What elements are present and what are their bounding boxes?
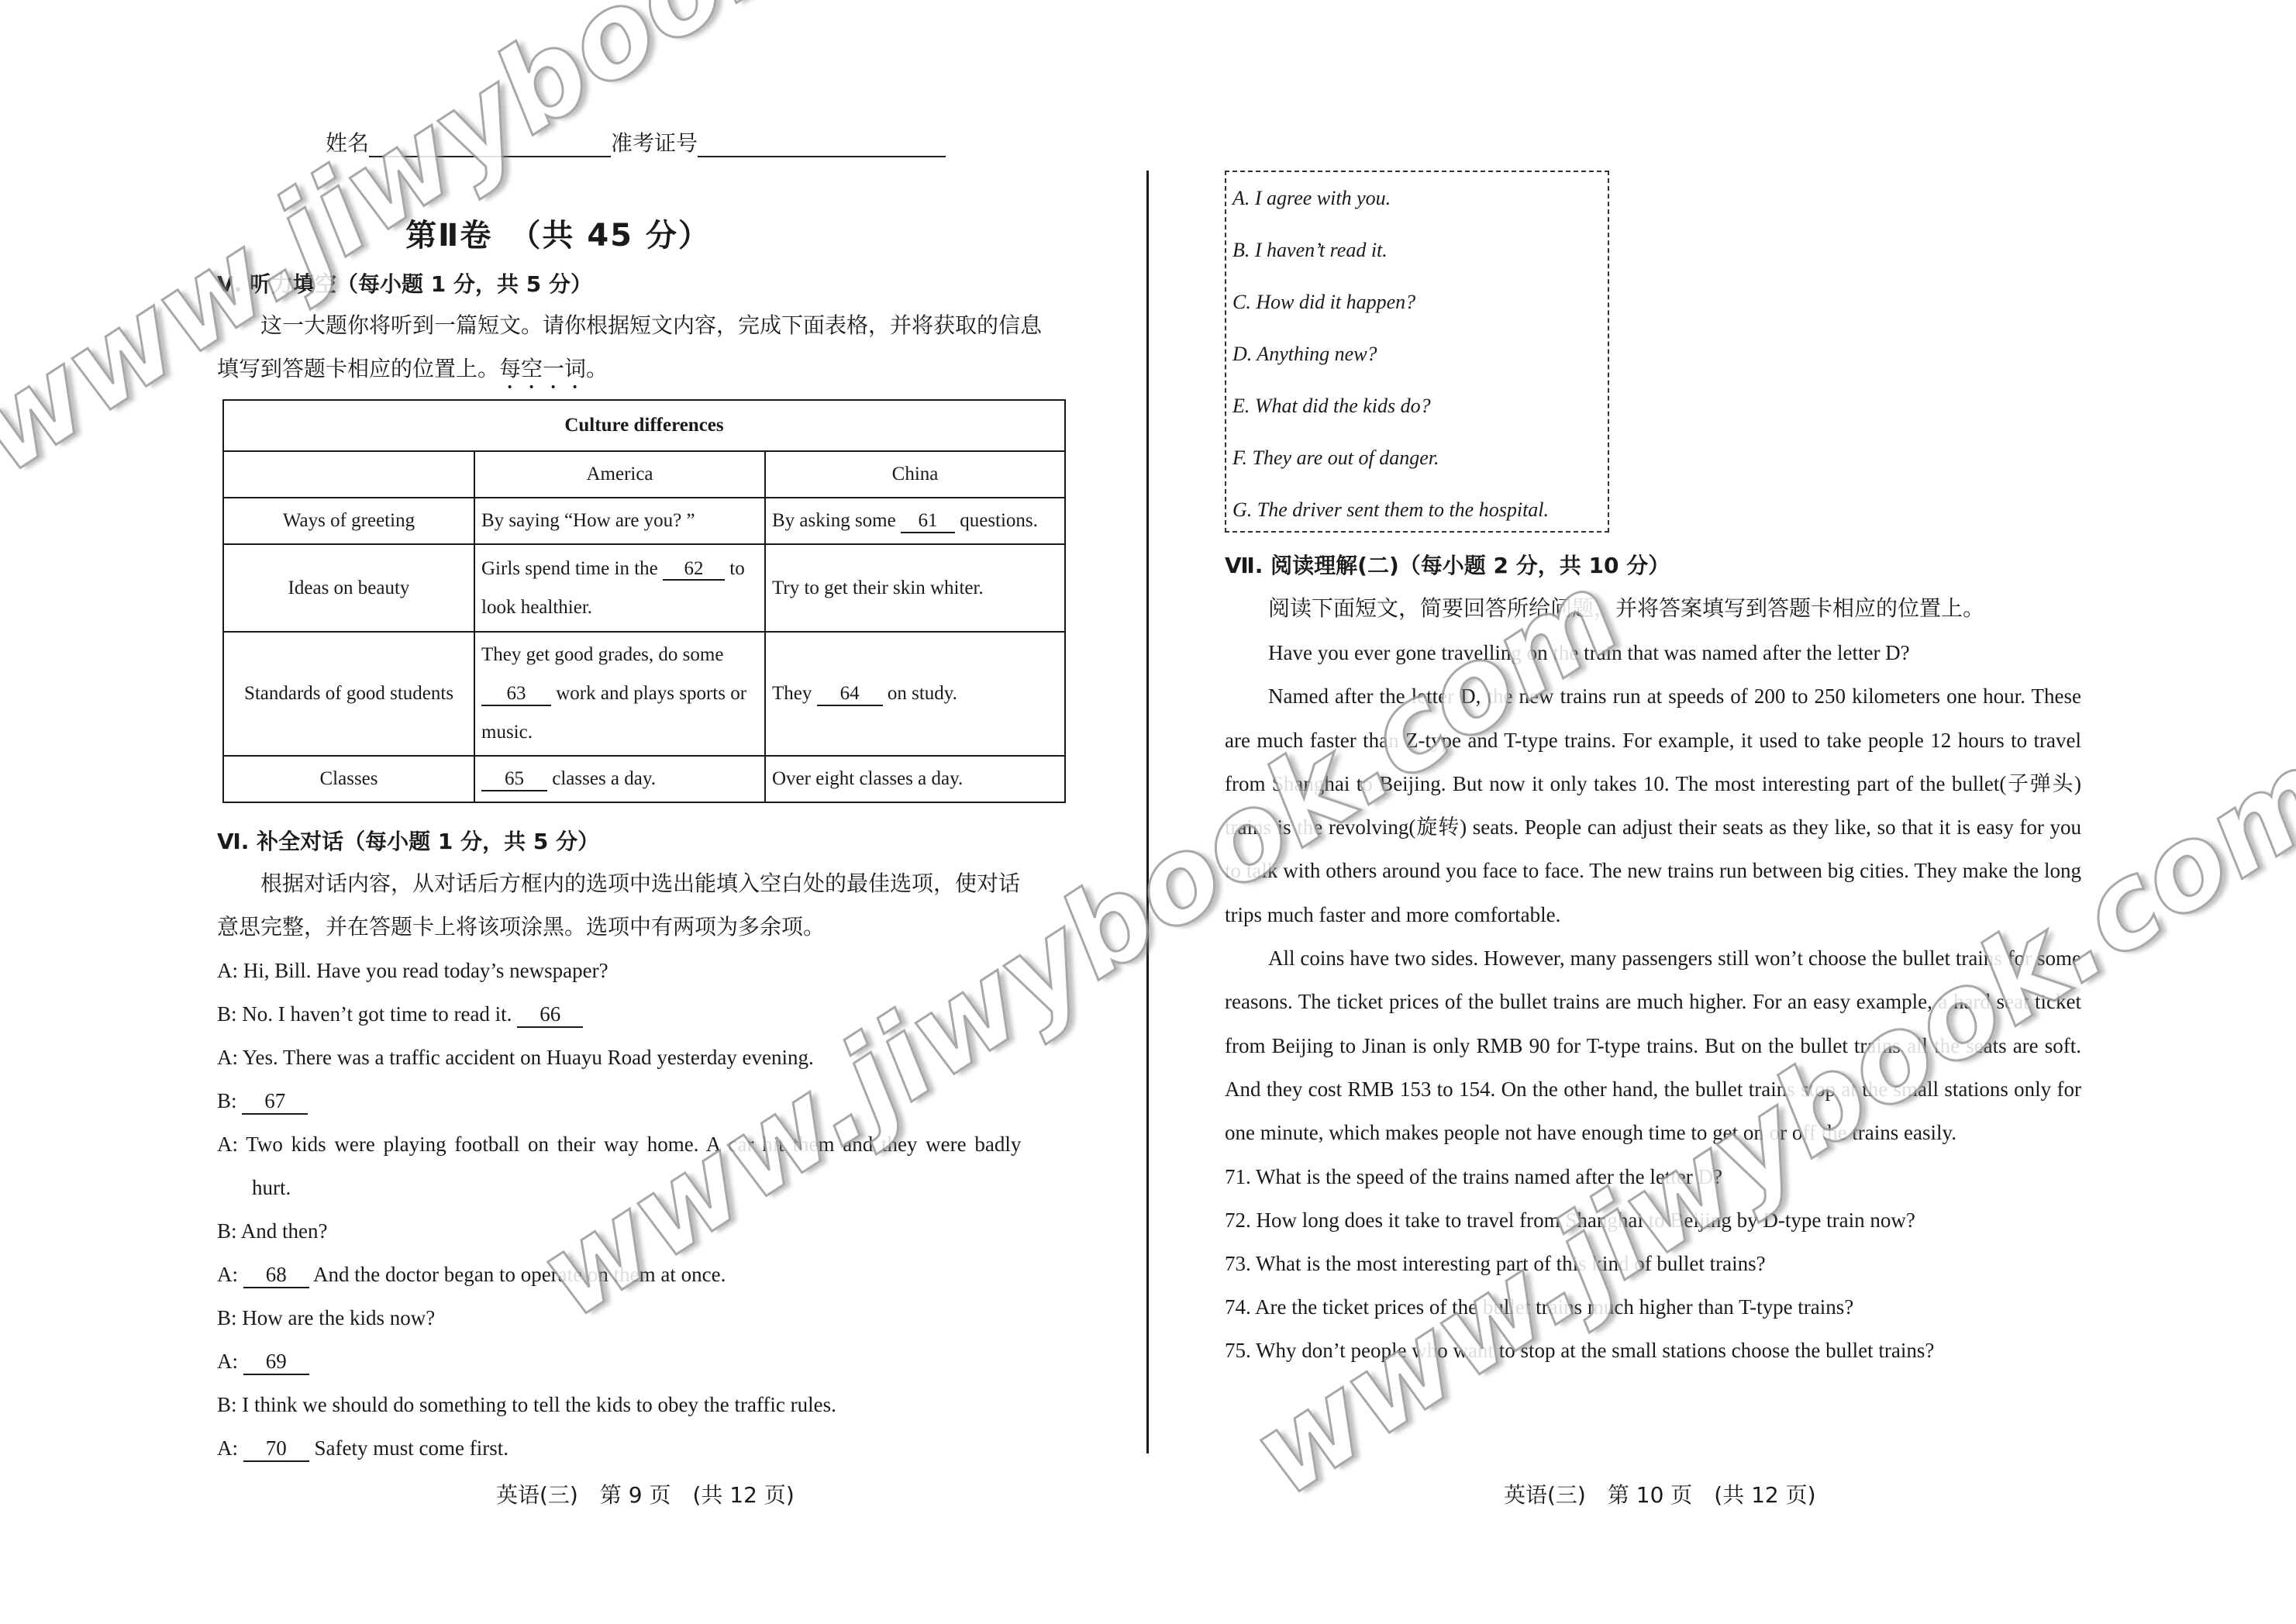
table-row: Standards of good students They get good…: [223, 632, 1065, 756]
blank-69[interactable]: 69: [243, 1350, 309, 1375]
section5-instruction: 这一大题你将听到一篇短文。请你根据短文内容，完成下面表格，并将获取的信息 填写到…: [217, 304, 1070, 394]
table-header-row: America China: [223, 451, 1065, 498]
table-header-empty: [223, 451, 474, 498]
table-title: Culture differences: [223, 400, 1065, 451]
table-header-america: America: [474, 451, 765, 498]
exam-id-label: 准考证号: [611, 130, 698, 156]
table-title-row: Culture differences: [223, 400, 1065, 451]
emphasis-one-word: 每空一词: [499, 356, 586, 381]
option-d: D. Anything new?: [1226, 328, 1608, 380]
section7-heading: Ⅶ. 阅读理解(二)（每小题 2 分，共 10 分）: [1225, 549, 2081, 580]
dialog-line: A: Yes. There was a traffic accident on …: [217, 1036, 1070, 1079]
paper-title: 第Ⅱ卷 （共 45 分）: [0, 211, 1116, 255]
china-cell: Try to get their skin whiter.: [765, 544, 1065, 632]
exam-id-field[interactable]: [698, 130, 946, 157]
section5-heading: Ⅴ. 听力填空（每小题 1 分，共 5 分）: [217, 267, 1070, 298]
passage-paragraph: Have you ever gone travelling on the tra…: [1225, 631, 2081, 674]
option-a: A. I agree with you.: [1226, 172, 1608, 224]
section5-instruction-line1: 这一大题你将听到一篇短文。请你根据短文内容，完成下面表格，并将获取的信息: [217, 304, 1070, 347]
row-label: Standards of good students: [223, 632, 474, 756]
question-74: 74. Are the ticket prices of the bullet …: [1225, 1285, 2081, 1329]
question-75: 75. Why don’t people who want to stop at…: [1225, 1329, 2081, 1372]
section5-instruction-line2: 填写到答题卡相应的位置上。每空一词。: [217, 347, 1070, 394]
blank-67[interactable]: 67: [242, 1090, 308, 1115]
america-cell: 65 classes a day.: [474, 756, 765, 802]
blank-64[interactable]: 64: [817, 683, 883, 706]
china-cell: By asking some 61 questions.: [765, 498, 1065, 544]
option-c: C. How did it happen?: [1226, 276, 1608, 328]
dialog-line-continuation: hurt.: [217, 1166, 1070, 1209]
row-label: Classes: [223, 756, 474, 802]
section6-instruction: 根据对话内容，从对话后方框内的选项中选出能填入空白处的最佳选项，使对话 意思完整…: [217, 862, 1070, 949]
dialog-line: A: 68 And the doctor began to operate on…: [217, 1253, 1070, 1296]
china-cell: They 64 on study.: [765, 632, 1065, 756]
dialog-line: B: 67: [217, 1079, 1070, 1122]
candidate-info-bar: 姓名 准考证号: [326, 126, 946, 157]
passage-paragraph: All coins have two sides. However, many …: [1225, 936, 2081, 1154]
china-cell: Over eight classes a day.: [765, 756, 1065, 802]
dialog-line: B: And then?: [217, 1209, 1070, 1253]
name-label: 姓名: [326, 130, 369, 156]
blank-70[interactable]: 70: [243, 1437, 309, 1462]
blank-65[interactable]: 65: [481, 768, 547, 791]
dialog-line: A: Hi, Bill. Have you read today’s newsp…: [217, 949, 1070, 992]
blank-66[interactable]: 66: [517, 1003, 583, 1028]
dialog-line: B: No. I haven’t got time to read it. 66: [217, 992, 1070, 1036]
option-e: E. What did the kids do?: [1226, 380, 1608, 432]
section6-instruction-line2: 意思完整，并在答题卡上将该项涂黑。选项中有两项为多余项。: [217, 905, 1070, 949]
column-divider: [1146, 171, 1149, 1453]
dialog-line: A: 70 Safety must come first.: [217, 1426, 1070, 1470]
row-label: Ideas on beauty: [223, 544, 474, 632]
america-cell: Girls spend time in the 62 to look healt…: [474, 544, 765, 632]
america-cell: They get good grades, do some 63 work an…: [474, 632, 765, 756]
question-73: 73. What is the most interesting part of…: [1225, 1242, 2081, 1285]
option-g: G. The driver sent them to the hospital.: [1226, 484, 1608, 536]
passage-paragraph: Named after the letter D, the new trains…: [1225, 674, 2081, 936]
section7-instruction: 阅读下面短文，简要回答所给问题，并将答案填写到答题卡相应的位置上。: [1225, 587, 2081, 630]
dialog-line: A: 69: [217, 1340, 1070, 1383]
dialog-line: B: How are the kids now?: [217, 1296, 1070, 1340]
table-row: Ideas on beauty Girls spend time in the …: [223, 544, 1065, 632]
reading-passage: Have you ever gone travelling on the tra…: [1225, 631, 2081, 1372]
culture-table: Culture differences America China Ways o…: [222, 399, 1066, 803]
row-label: Ways of greeting: [223, 498, 474, 544]
dialog-line: A: Two kids were playing football on the…: [217, 1122, 1070, 1166]
question-72: 72. How long does it take to travel from…: [1225, 1198, 2081, 1242]
dialog-options-box: A. I agree with you. B. I haven’t read i…: [1225, 171, 1609, 533]
table-row: Classes 65 classes a day. Over eight cla…: [223, 756, 1065, 802]
blank-63[interactable]: 63: [481, 683, 551, 706]
america-cell: By saying “How are you? ”: [474, 498, 765, 544]
table-header-china: China: [765, 451, 1065, 498]
option-b: B. I haven’t read it.: [1226, 224, 1608, 276]
section6-heading: Ⅵ. 补全对话（每小题 1 分，共 5 分）: [217, 825, 1070, 856]
page-footer-right: 英语(三) 第 10 页 (共 12 页): [1504, 1478, 1816, 1509]
section6-instruction-line1: 根据对话内容，从对话后方框内的选项中选出能填入空白处的最佳选项，使对话: [217, 862, 1070, 905]
blank-61[interactable]: 61: [901, 510, 955, 533]
blank-62[interactable]: 62: [663, 558, 725, 581]
dialog-line: B: I think we should do something to tel…: [217, 1383, 1070, 1426]
dialog: A: Hi, Bill. Have you read today’s newsp…: [217, 949, 1070, 1470]
name-field[interactable]: [369, 130, 611, 157]
table-row: Ways of greeting By saying “How are you?…: [223, 498, 1065, 544]
blank-68[interactable]: 68: [243, 1264, 309, 1288]
question-71: 71. What is the speed of the trains name…: [1225, 1155, 2081, 1198]
page-footer-left: 英语(三) 第 9 页 (共 12 页): [496, 1478, 795, 1509]
option-f: F. They are out of danger.: [1226, 432, 1608, 484]
